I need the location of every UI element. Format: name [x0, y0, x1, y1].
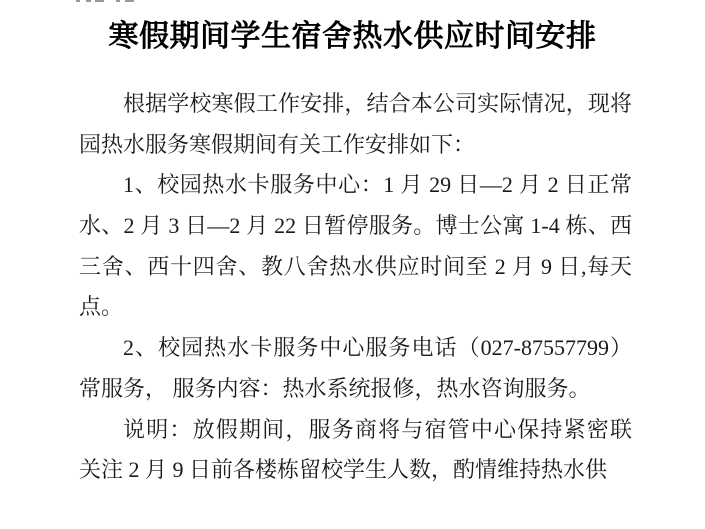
body-line-7: 2、校园热水卡服务中心服务电话（027-87557799）正 — [79, 328, 632, 369]
body-line-2: 园热水服务寒假期间有关工作安排如下： — [79, 125, 632, 166]
clipped-text-fragment — [76, 0, 140, 3]
document-title: 寒假期间学生宿舍热水供应时间安排 — [0, 14, 705, 60]
body-line-1: 根据学校寒假工作安排，结合本公司实际情况，现将校 — [79, 84, 632, 125]
body-line-9: 说明：放假期间，服务商将与宿管中心保持紧密联系， — [79, 410, 632, 451]
body-line-4: 水、2 月 3 日—2 月 22 日暂停服务。博士公寓 1-4 栋、西十 — [79, 206, 632, 247]
document-body: 根据学校寒假工作安排，结合本公司实际情况，现将校 园热水服务寒假期间有关工作安排… — [79, 84, 632, 491]
body-line-10: 关注 2 月 9 日前各楼栋留校学生人数，酌情维持热水供应。 — [79, 450, 632, 491]
body-line-6: 点。 — [79, 287, 632, 328]
body-line-3: 1、校园热水卡服务中心：1 月 29 日—2 月 2 日正常供 — [79, 165, 632, 206]
body-line-5: 三舍、西十四舍、教八舍热水供应时间至 2 月 9 日,每天 21-24 — [79, 247, 632, 288]
body-line-8: 常服务， 服务内容：热水系统报修，热水咨询服务。 — [79, 369, 632, 410]
document-page: 寒假期间学生宿舍热水供应时间安排 根据学校寒假工作安排，结合本公司实际情况，现将… — [0, 0, 705, 529]
